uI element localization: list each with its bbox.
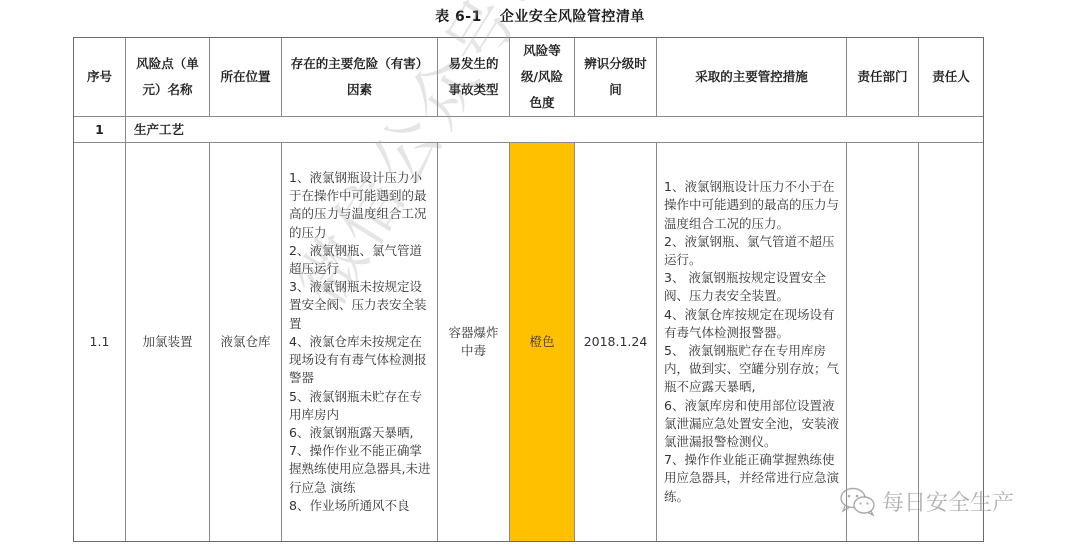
- measure-item: 1、液氯钢瓶设计压力不小于在操作中可能遇到的最高的压力与温度组合工况的压力。: [664, 178, 841, 233]
- measure-item: 3、 液氯钢瓶按规定设置安全阀、压力表安全装置。: [664, 269, 841, 305]
- measure-item: 6、液氯库房和使用部位设置液氯泄漏应急处置安全池，安装液氯泄漏报警检测仪。: [664, 397, 841, 452]
- header-main-hazards: 存在的主要危险（有害） 因素: [282, 38, 438, 117]
- risk-point-name: 加氯装置: [126, 143, 210, 542]
- risk-control-table: 序号 风险点（单 元）名称 所在位置 存在的主要危险（有害） 因素 易发生的 事…: [73, 37, 984, 542]
- header-control-measures: 采取的主要管控措施: [657, 38, 847, 117]
- hazard-item: 7、操作作业不能正确掌握熟练使用应急器具,未进行应急 演练: [289, 442, 432, 497]
- header-responsible-person: 责任人: [919, 38, 984, 117]
- header-identification-date: 辨识分级时 间: [575, 38, 657, 117]
- hazard-item: 2、液氯钢瓶、氯气管道超压运行: [289, 242, 432, 278]
- responsible-department: [847, 143, 919, 542]
- header-responsible-department: 责任部门: [847, 38, 919, 117]
- hazard-item: 1、液氯钢瓶设计压力小于在操作中可能遇到的最高的压力与温度组合工况的压力: [289, 169, 432, 242]
- header-risk-level: 风险等 级/风险 色度: [510, 38, 575, 117]
- section-row: 1 生产工艺: [74, 117, 984, 143]
- header-accident-type: 易发生的 事故类型: [438, 38, 510, 117]
- section-name: 生产工艺: [126, 117, 984, 143]
- control-measures-list: 1、液氯钢瓶设计压力不小于在操作中可能遇到的最高的压力与温度组合工况的压力。 2…: [657, 143, 847, 542]
- table-number: 表 6-1: [435, 9, 482, 25]
- header-risk-point-name: 风险点（单 元）名称: [126, 38, 210, 117]
- section-number: 1: [74, 117, 126, 143]
- measure-item: 7、操作作业能正确掌握熟练使用应急器具，并经常进行应急演练。: [664, 451, 841, 506]
- hazard-item: 3、液氯钢瓶未按规定设置安全阀、压力表安全装置: [289, 278, 432, 333]
- header-serial-number: 序号: [74, 38, 126, 117]
- table-title-text: 企业安全风险管控清单: [500, 9, 645, 25]
- measure-item: 2、液氯钢瓶、氯气管道不超压运行。: [664, 233, 841, 269]
- hazards-list: 1、液氯钢瓶设计压力小于在操作中可能遇到的最高的压力与温度组合工况的压力 2、液…: [282, 143, 438, 542]
- hazard-item: 6、液氯钢瓶露天暴晒,: [289, 424, 432, 442]
- accident-type: 容器爆炸 中毒: [438, 143, 510, 542]
- responsible-person: [919, 143, 984, 542]
- measure-item: 5、 液氯钢瓶贮存在专用库房内，做到实、空罐分别存放；气瓶不应露天暴晒,: [664, 342, 841, 397]
- table-row: 1.1 加氯装置 液氯仓库 1、液氯钢瓶设计压力小于在操作中可能遇到的最高的压力…: [74, 143, 984, 542]
- risk-level-cell: 橙色: [510, 143, 575, 542]
- hazard-item: 5、液氯钢瓶未贮存在专用库房内: [289, 388, 432, 424]
- document-title: 表 6-1企业安全风险管控清单: [0, 6, 1080, 26]
- location: 液氯仓库: [210, 143, 282, 542]
- measure-item: 4、液氯仓库按规定在现场设有有毒气体检测报警器。: [664, 306, 841, 342]
- identification-date: 2018.1.24: [575, 143, 657, 542]
- header-location: 所在位置: [210, 38, 282, 117]
- row-number: 1.1: [74, 143, 126, 542]
- header-row: 序号 风险点（单 元）名称 所在位置 存在的主要危险（有害） 因素 易发生的 事…: [74, 38, 984, 117]
- hazard-item: 4、液氯仓库未按规定在现场设有有毒气体检测报警器: [289, 333, 432, 388]
- hazard-item: 8、作业场所通风不良: [289, 497, 432, 515]
